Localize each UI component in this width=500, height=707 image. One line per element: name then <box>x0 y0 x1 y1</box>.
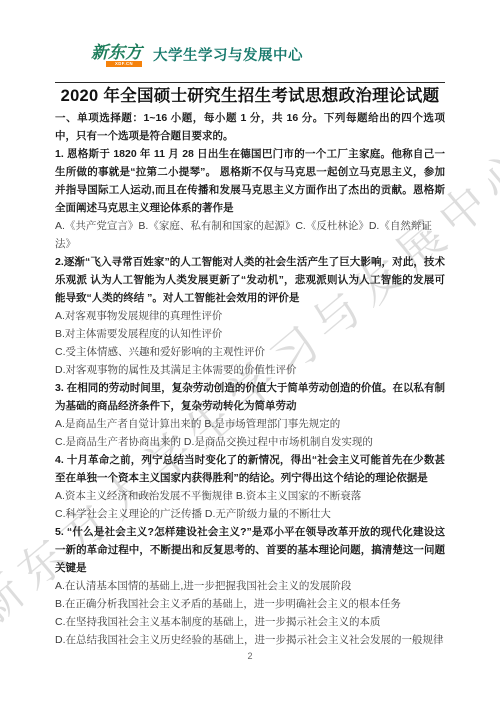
option-line: C.是商品生产者协商出来的 D.是商品交换过程中市场机制自发实现的 <box>55 433 445 451</box>
xdf-logo-text: 新东方 <box>91 43 142 62</box>
xdf-logo: 新东方 XDF.CN <box>91 44 142 67</box>
option-line: B.在正确分析我国社会主义矛盾的基础上，进一步明确社会主义的根本任务 <box>55 595 445 613</box>
page-title: 2020 年全国硕士研究生招生考试思想政治理论试题 <box>55 86 445 106</box>
question-2: 2.逐渐“飞入寻常百姓家”的人工智能对人类的社会生活产生了巨大影响，对此，技术乐… <box>55 253 445 379</box>
option-line: A.《共产党宣言》B.《家庭、私有制和国家的起源》C.《反杜林论》D.《自然辩证… <box>55 217 445 253</box>
xdf-logo-strip: XDF.CN <box>106 61 142 67</box>
question-stem: 3. 在相同的劳动时间里，复杂劳动创造的价值大于简单劳动创造的价值。在以私有制为… <box>55 379 445 415</box>
question-5: 5. “什么是社会主义?怎样建设社会主义?”是邓小平在领导改革开放的现代化建设这… <box>55 523 445 649</box>
question-stem: 5. “什么是社会主义?怎样建设社会主义?”是邓小平在领导改革开放的现代化建设这… <box>55 523 445 577</box>
option-line: A.是商品生产者自觉计算出来的 B.是市场管理部门事先规定的 <box>55 415 445 433</box>
question-1: 1. 恩格斯于 1820 年 11 月 28 日出生在德国巴门市的一个工厂主家庭… <box>55 145 445 253</box>
option-line: D.对客观事物的属性及其满足主体需要的价值性评价 <box>55 361 445 379</box>
brand-header: 新东方 XDF.CN 大学生学习与发展中心 <box>91 43 445 67</box>
header-divider <box>55 82 445 83</box>
question-stem: 1. 恩格斯于 1820 年 11 月 28 日出生在德国巴门市的一个工厂主家庭… <box>55 145 445 217</box>
exam-body: 一、单项选择题：1~16 小题，每小题 1 分，共 16 分。下列每题给出的四个… <box>55 109 445 662</box>
question-3: 3. 在相同的劳动时间里，复杂劳动创造的价值大于简单劳动创造的价值。在以私有制为… <box>55 379 445 451</box>
xdf-logo-domain: XDF.CN <box>109 61 140 66</box>
option-line: A.资本主义经济和政治发展不平衡规律 B.资本主义国家的不断衰落 <box>55 487 445 505</box>
option-line: A.对客观事物发展规律的真理性评价 <box>55 307 445 325</box>
option-line: C.科学社会主义理论的广泛传播 D.无产阶级力量的不断壮大 <box>55 505 445 523</box>
section-header: 一、单项选择题：1~16 小题，每小题 1 分，共 16 分。下列每题给出的四个… <box>55 109 445 145</box>
question-4: 4. 十月革命之前，列宁总结当时变化了的新情况，得出“社会主义可能首先在少数甚至… <box>55 451 445 523</box>
option-line: B.对主体需要发展程度的认知性评价 <box>55 325 445 343</box>
question-stem: 2.逐渐“飞入寻常百姓家”的人工智能对人类的社会生活产生了巨大影响，对此，技术乐… <box>55 253 445 307</box>
page-number: 2 <box>55 650 445 662</box>
question-stem: 4. 十月革命之前，列宁总结当时变化了的新情况，得出“社会主义可能首先在少数甚至… <box>55 451 445 487</box>
option-line: A.在认清基本国情的基础上,进一步把握我国社会主义的发展阶段 <box>55 577 445 595</box>
option-line: C.在坚持我国社会主义基本制度的基础上，进一步揭示社会主义的本质 <box>55 613 445 631</box>
option-line: C.受主体情感、兴趣和爱好影响的主观性评价 <box>55 343 445 361</box>
option-line: D.在总结我国社会主义历史经验的基础上，进一步揭示社会主义社会发展的一般规律 <box>55 631 445 649</box>
exam-page: 新东方 XDF.CN 大学生学习与发展中心 2020 年全国硕士研究生招生考试思… <box>0 0 500 662</box>
center-tagline: 大学生学习与发展中心 <box>153 49 303 68</box>
